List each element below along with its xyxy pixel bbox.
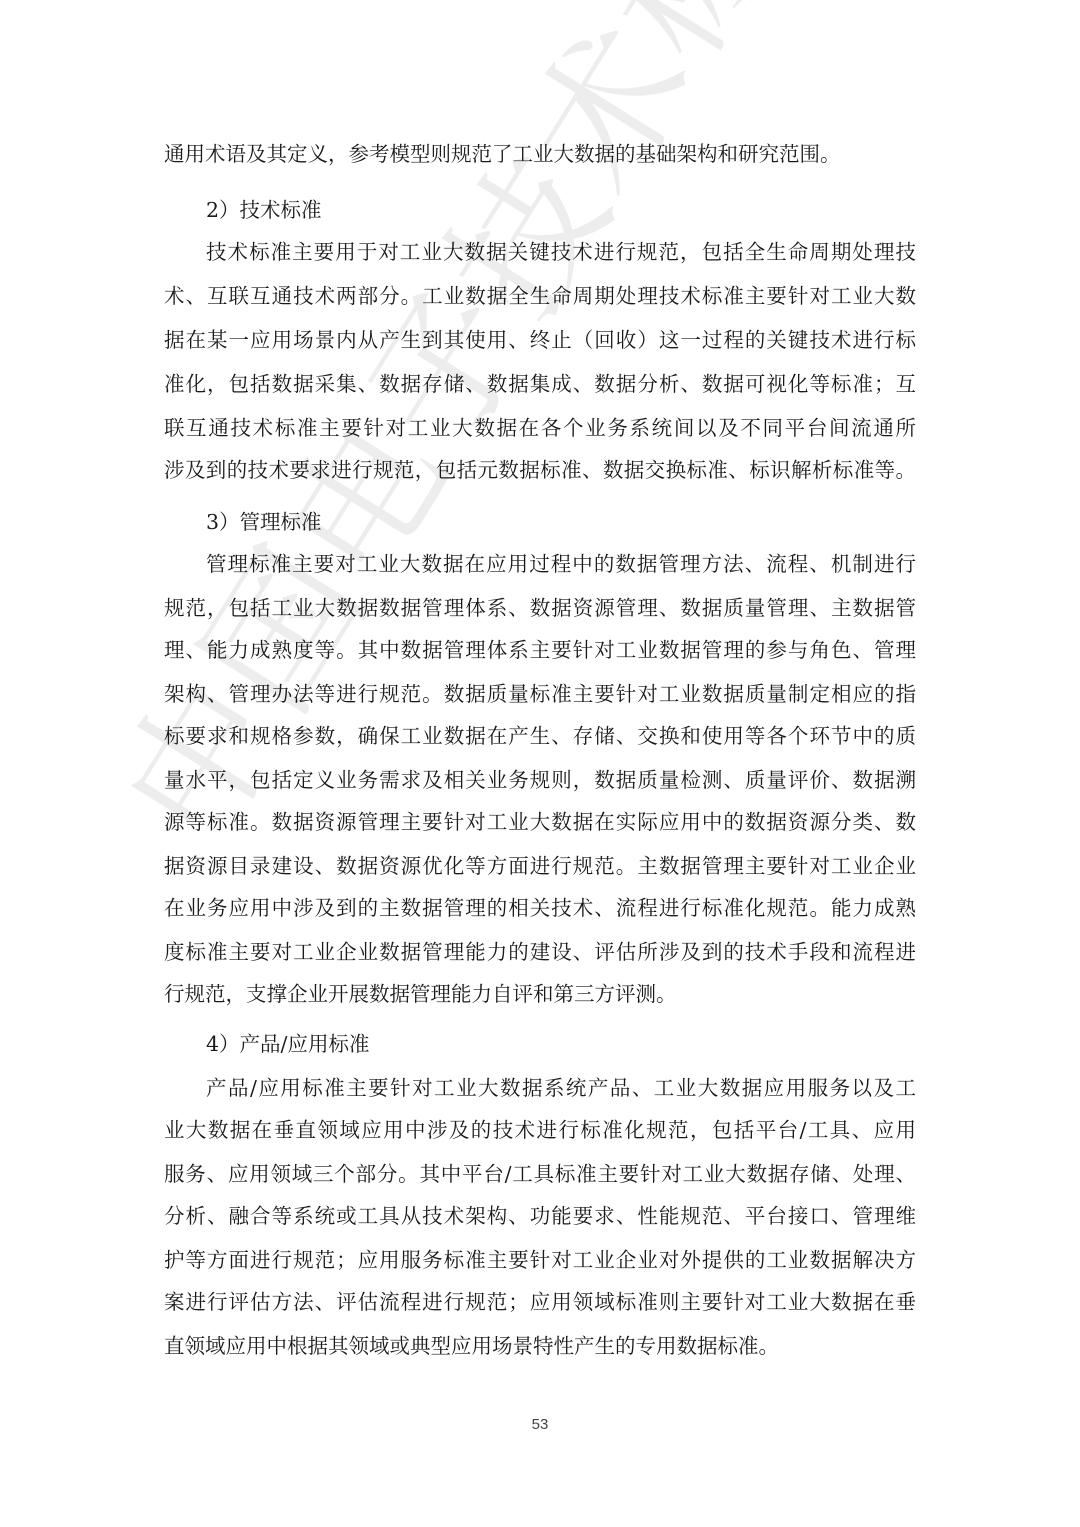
paragraph-line: 理、能力成熟度等。其中数据管理体系主要针对工业数据管理的参与角色、管理 [164,636,916,664]
paragraph-line: 规范，包括工业大数据数据管理体系、数据资源管理、数据质量管理、主数据管 [164,594,916,622]
paragraph-line: 在业务应用中涉及到的主数据管理的相关技术、流程进行标准化规范。能力成熟 [164,894,916,922]
page-number: 53 [0,1416,1080,1433]
paragraph-line: 度标准主要对工业企业数据管理能力的建设、评估所涉及到的技术手段和流程进 [164,938,916,966]
paragraph-line: 行规范，支撑企业开展数据管理能力自评和第三方评测。 [164,980,916,1008]
paragraph-line: 标要求和规格参数，确保工业数据在产生、存储、交换和使用等各个环节中的质 [164,722,916,750]
section-heading-product-application-standards: 4）产品/应用标准 [206,1030,369,1058]
paragraph-line: 量水平，包括定义业务需求及相关业务规则，数据质量检测、质量评价、数据溯 [164,766,916,794]
paragraph-line: 业大数据在垂直领域应用中涉及的技术进行标准化规范，包括平台/工具、应用 [164,1116,916,1144]
paragraph-line: 技术标准主要用于对工业大数据关键技术进行规范，包括全生命周期处理技 [206,238,916,266]
paragraph-line: 通用术语及其定义，参考模型则规范了工业大数据的基础架构和研究范围。 [164,140,916,168]
paragraph-line: 架构、管理办法等进行规范。数据质量标准主要针对工业数据质量制定相应的指 [164,680,916,708]
paragraph-line: 术、互联互通技术两部分。工业数据全生命周期处理技术标准主要针对工业大数 [164,282,916,310]
paragraph-line: 护等方面进行规范；应用服务标准主要针对工业企业对外提供的工业数据解决方 [164,1246,916,1274]
paragraph-line: 联互通技术标准主要针对工业大数据在各个业务系统间以及不同平台间流通所 [164,414,916,442]
paragraph-line: 产品/应用标准主要针对工业大数据系统产品、工业大数据应用服务以及工 [206,1074,916,1102]
paragraph-line: 服务、应用领域三个部分。其中平台/工具标准主要针对工业大数据存储、处理、 [164,1160,916,1188]
document-page: 中国电子技术标准化研究院 通用术语及其定义，参考模型则规范了工业大数据的基础架构… [0,0,1080,1527]
section-heading-management-standards: 3）管理标准 [206,508,322,536]
paragraph-line: 案进行评估方法、评估流程进行规范；应用领域标准则主要针对工业大数据在垂 [164,1288,916,1316]
paragraph-line: 据在某一应用场景内从产生到其使用、终止（回收）这一过程的关键技术进行标 [164,326,916,354]
paragraph-line: 涉及到的技术要求进行规范，包括元数据标准、数据交换标准、标识解析标准等。 [164,456,916,484]
paragraph-line: 管理标准主要对工业大数据在应用过程中的数据管理方法、流程、机制进行 [206,550,916,578]
paragraph-line: 据资源目录建设、数据资源优化等方面进行规范。主数据管理主要针对工业企业 [164,852,916,880]
paragraph-line: 源等标准。数据资源管理主要针对工业大数据在实际应用中的数据资源分类、数 [164,808,916,836]
paragraph-line: 准化，包括数据采集、数据存储、数据集成、数据分析、数据可视化等标准；互 [164,370,916,398]
section-heading-technical-standards: 2）技术标准 [206,196,322,224]
paragraph-line: 分析、融合等系统或工具从技术架构、功能要求、性能规范、平台接口、管理维 [164,1202,916,1230]
paragraph-line: 直领域应用中根据其领域或典型应用场景特性产生的专用数据标准。 [164,1332,916,1360]
